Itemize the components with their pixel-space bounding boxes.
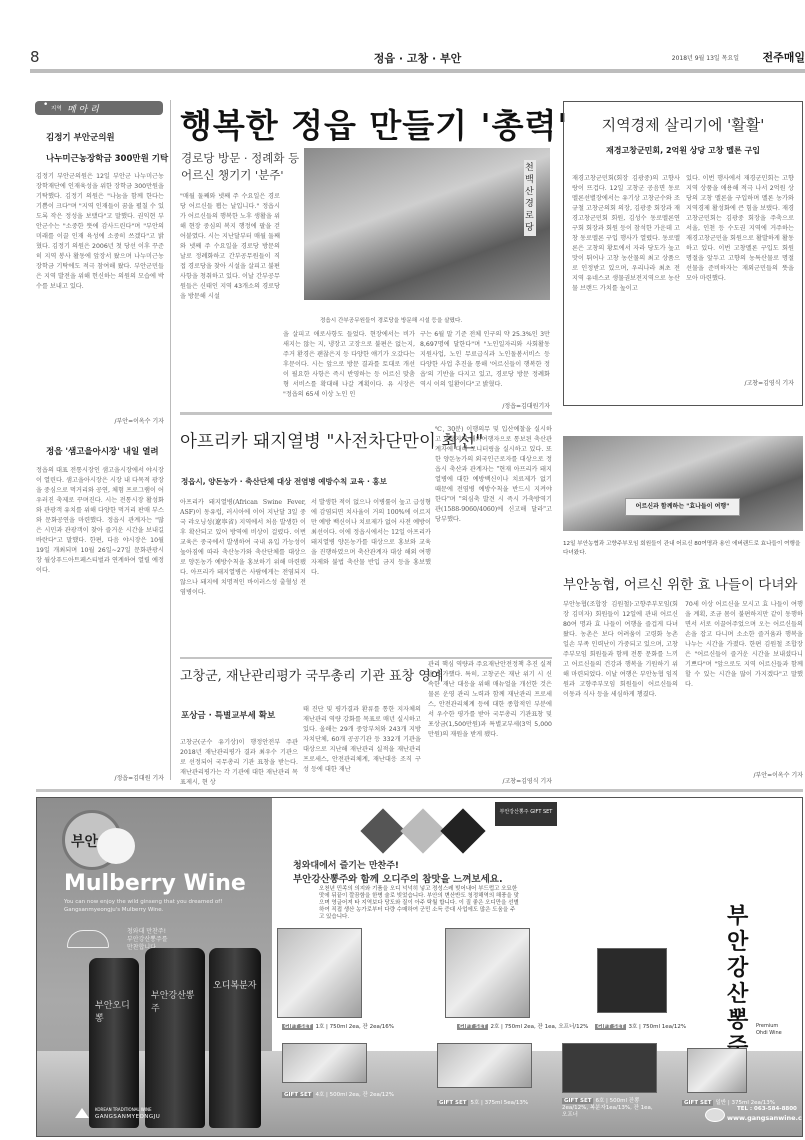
mulberry-wine-ad[interactable]: 부안 뽕 Mulberry Wine You can now enjoy the… <box>36 797 803 1137</box>
disaster-byline: /고창=김영식 기자 <box>428 776 552 785</box>
product-tagline-2: Gangsanmyeongju's Mulberry Wine. <box>64 907 163 913</box>
article2-byline: /정읍=김대원 기자 <box>36 773 164 782</box>
newspaper-name: 전주매일 <box>762 49 805 65</box>
swine-body-col2: 서 발생한 적이 없으나 이병률이 높고 급성형에 감염되면 치사율이 거의 1… <box>311 498 431 653</box>
blue-house-icon <box>67 930 109 948</box>
gift-set-2-image <box>445 928 530 1018</box>
company-tag: KOREAN TRADITIONAL WINE <box>95 1107 152 1112</box>
gift-set-6-label: GIFT SET6호 | 500ml 잔뽕2ea/12%, 복분자1ea/13%… <box>562 1098 657 1119</box>
ad-headline-1: 청와대에서 즐기는 만찬주! <box>293 858 399 871</box>
gift-set-1-image <box>277 928 362 1018</box>
boxed-headline: 지역경제 살리기에 '활활' <box>564 114 802 135</box>
swine-body-col1: 아프리카 돼지열병(African Swine Fever, ASF)이 동유럽… <box>180 498 306 653</box>
gift-set-diamond <box>440 808 485 853</box>
gift-set-5-label: GIFT SET5호 | 375ml 5ea/13% <box>437 1098 528 1106</box>
issue-date: 2018년 9월 13일 목요일 <box>672 53 739 62</box>
article2-body: 정읍의 대표 전통시장인 샘고을시장에서 야시장이 열린다. 샘고을아시장은 시… <box>36 466 164 771</box>
mulberry-diamond <box>360 808 405 853</box>
nonghyup-body-col1: 부안농협(조합장 김원철)·고향주부모임(회장 김미자) 회원들이 12일에 관… <box>563 600 678 788</box>
boxed-body-col1: 재경고창군민회(회장 김광중)의 고향사랑이 뜨겁다. 12일 고창군 공음면 … <box>572 174 680 394</box>
product-tagline-1: You can now enjoy the wild ginseng that … <box>64 899 222 905</box>
lead-byline: /정읍=김대원기자 <box>420 401 550 410</box>
fruit-diamond <box>400 808 445 853</box>
gift-set-2-label: GIFT SET2호 | 750ml 2ea, 잔 1ea, 오프너/12% <box>457 1022 588 1030</box>
bottle-2: 부안강산뽕주 <box>145 948 205 1128</box>
bottle-1: 부안오디뽕 <box>89 958 139 1128</box>
section-divider-2 <box>180 657 552 659</box>
gift-set-7-label: GIFT SET일반 | 375ml 2ea/13% <box>682 1098 775 1106</box>
bullet-icon: • <box>43 100 48 110</box>
company-name: GANGSANMYEONGJU <box>95 1114 160 1120</box>
ad-diamond-photos <box>362 810 482 856</box>
ad-divider <box>36 789 803 792</box>
lead-photo: 천백산경로당 <box>304 148 550 300</box>
nonghyup-photo-caption: 12일 부안농협과 고향주부모임 회원들이 관내 어르신 80여명과 용인 에버… <box>563 540 803 558</box>
ad-headline-2: 부안강산뽕주와 함께 오디주의 참맛을 느껴보세요. <box>293 871 503 885</box>
column-divider <box>170 100 171 780</box>
lead-body-col2: 을 살피고 애로사항도 들었다. 현장에서는 비가 새지는 않는 지, 냉장고 … <box>283 330 415 398</box>
side-text-2: 부안강산뽕주를 <box>127 936 168 944</box>
bottle-3: 오디복분자 <box>209 948 261 1128</box>
masthead-rule <box>30 69 805 73</box>
product-title: Mulberry Wine <box>64 871 246 896</box>
lead-photo-caption: 정읍시 간부공무원들이 경로당을 방문해 시설 등을 살폈다. <box>320 316 550 324</box>
mascot-icon <box>97 828 135 864</box>
lead-headline: 행복한 정읍 만들기 '총력' <box>180 100 568 147</box>
nonghyup-byline: /부안=이옥수 기자 <box>685 770 803 779</box>
boxed-byline: /고창=김영식 기자 <box>686 378 794 387</box>
article1-byline: /부안=이옥수 기자 <box>36 416 164 425</box>
gift-set-3-label: GIFT SET3호 | 750ml 1ea/12% <box>595 1022 686 1030</box>
lead-subhead-1: 경로당 방문 · 정례화 등 <box>181 150 299 166</box>
bottle-2-label: 부안강산뽕주 <box>151 988 199 1014</box>
article1-body: 김정기 부안군의원은 12일 부안군 나누미근농장학재단에 인재육성을 위한 장… <box>36 172 164 404</box>
gift-set-3-image <box>597 948 667 1013</box>
article1-person: 김정기 부안군의원 <box>46 131 115 143</box>
gift-set-1-label: GIFT SET1호 | 750ml 2ea, 잔 2ea/16% <box>282 1022 394 1030</box>
lead-body-col1: "매월 둘째와 넷째 주 수요일은 경로당 어르신들 뵙는 날입니다." 정읍시… <box>180 192 280 397</box>
article1-headline: 나누미근농장학금 300만원 기탁 <box>46 152 168 164</box>
column-label-big: 메 아 리 <box>67 102 99 115</box>
boxed-article: 지역경제 살리기에 '활활' 재경고창군민회, 2억원 상당 고창 멜론 구입 … <box>563 101 803 406</box>
gift-set-4-label: GIFT SET4호 | 500ml 2ea, 잔 2ea/12% <box>282 1090 394 1098</box>
section-divider <box>180 412 552 415</box>
ad-website-link[interactable]: www.gangsanwine.com <box>727 1114 803 1122</box>
swine-body-col3: ℃, 30분) 이행의무 및 입산예찰을 실시하고 발생지역 해외여행자으로 통… <box>435 425 552 653</box>
swine-subhead: 정읍시, 양돈농가 · 축산단체 대상 전염병 예방수칙 교육 · 홍보 <box>181 476 387 487</box>
disaster-body-col3: 관리 핵심 역량과 주요재난안전정책 추진 실적을 평가했다. 특히, 고창군은… <box>428 660 552 775</box>
gift-set-6-image <box>562 1043 657 1093</box>
column-label-echo: • 지역 메 아 리 <box>35 101 163 115</box>
ad-description: 오천년 민족의 의지와 기품을 오디 넉넉히 넣고 정성스레 빚어내어 부드럽고… <box>319 886 519 921</box>
contact-logo-icon <box>705 1108 725 1122</box>
lead-body-col3: 구는 6월 말 기준 전체 인구의 약 25.3%인 3만8,697명에 달한다… <box>420 330 550 398</box>
article2-headline: 정읍 '샘고을아시장' 내일 열려 <box>46 445 159 457</box>
nonghyup-photo: 어르신과 함께하는 "효나들이 여행" <box>563 436 803 531</box>
ad-tel[interactable]: TEL : 063-584-8800 <box>737 1106 797 1112</box>
bottle-3-label: 오디복분자 <box>213 978 259 991</box>
gift-set-4-image <box>282 1043 367 1083</box>
column-label-small: 지역 <box>51 104 62 112</box>
brand-calligraphy: 부안강산 뽕주 <box>727 903 755 1059</box>
lead-subhead-2: 어르신 챙기기 '분주' <box>181 167 284 183</box>
disaster-subhead: 포상금 · 특별교부세 확보 <box>181 709 275 721</box>
disaster-headline: 고창군, 재난관리평가 국무총리 기관 표창 영예 <box>180 665 443 684</box>
disaster-body-col2: 태 진단 및 평가결과 환류를 통한 지자체의 재난관리 역량 강화를 목표로 … <box>303 705 421 788</box>
nonghyup-headline: 부안농협, 어르신 위한 효 나들이 다녀와 <box>563 573 797 593</box>
gift-set-7-image <box>687 1048 747 1093</box>
bottle-1-label: 부안오디뽕 <box>95 998 133 1024</box>
gift-set-5-image <box>437 1043 532 1088</box>
nonghyup-body-col2: 70세 이상 어르신을 모시고 효 나들이 여행을 계획, 조금 몸이 불편하지… <box>685 600 803 765</box>
brand-sub-2: Ohdi Wine <box>756 1030 782 1036</box>
brand-sub-1: Premium <box>756 1023 778 1029</box>
photo-banner: 어르신과 함께하는 "효나들이 여행" <box>625 498 740 516</box>
gift-badge: 부안강산뽕주 GIFT SET <box>495 802 557 826</box>
disaster-body-col1: 고창군(군수 유기상)이 행정안전부 주관 2018년 재난관리평가 결과 최우… <box>180 738 298 788</box>
photo-sign: 천백산경로당 <box>524 160 536 236</box>
side-text-1: 청와대 만찬주! <box>127 928 168 936</box>
boxed-subhead: 재경고창군민회, 2억원 상당 고창 멜론 구입 <box>564 145 802 156</box>
boxed-body-col2: 있다. 이번 행사에서 재경군민회는 고향지역 상품을 애용해 적극 나서 2억… <box>686 174 794 374</box>
